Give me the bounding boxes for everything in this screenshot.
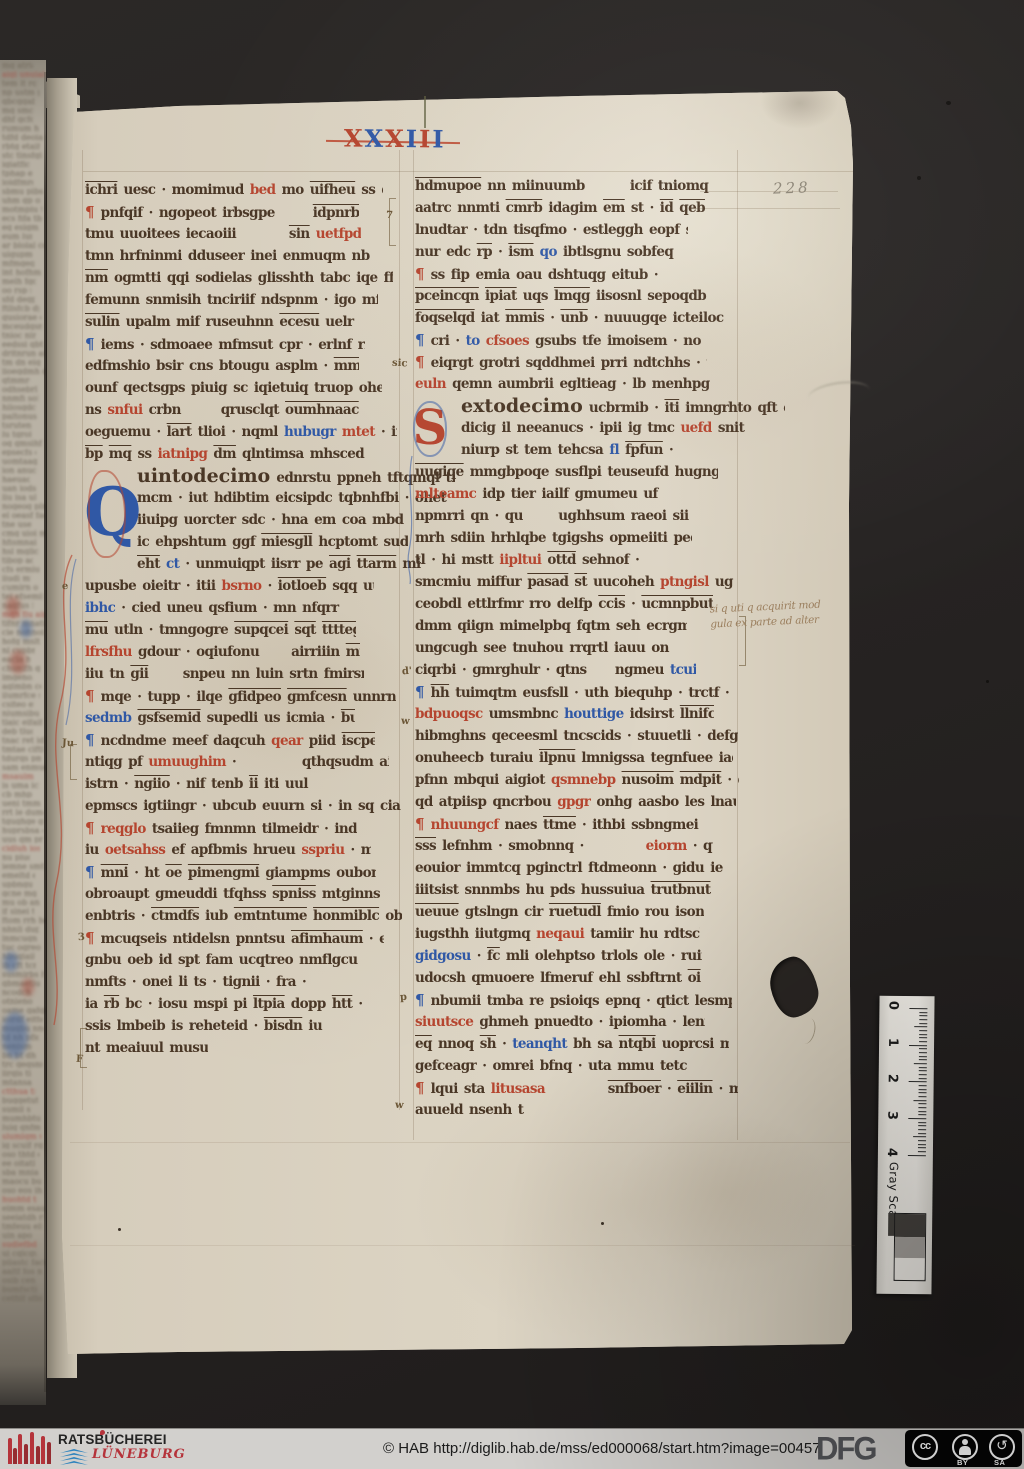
cc-sa-icon: ↺	[989, 1434, 1015, 1460]
ruler-tick	[919, 1023, 927, 1024]
initial-S-red: S	[410, 398, 450, 460]
manuscript-line: ounf qectsgps piuig sc iqietuiq truop oh…	[85, 378, 382, 400]
facing-page-textline: if sinei tptunc	[2, 908, 34, 915]
facing-page-textline: tibop acnfdqd ougcelu	[2, 557, 33, 564]
facing-page-textline: haeuad qoia pglntldu	[2, 476, 30, 483]
facing-page-textline: liu isa uldru	[2, 494, 36, 501]
facing-page-textline: melh fgqth dqsfiid	[2, 278, 36, 285]
facing-page-textline: tne usegr qneimp	[2, 521, 31, 528]
gray-scale-ruler: 01234 Gray Scale	[876, 996, 934, 1295]
ruler-tick	[918, 1126, 926, 1127]
dfg-logo: DFG	[816, 1430, 875, 1467]
facing-page-textline: ar blolal ccslfh	[2, 242, 45, 249]
facing-page-textline: eimm esauig rtdaoem	[2, 1205, 46, 1212]
ruler-number: 1	[886, 1037, 900, 1046]
facing-page-textline: csiteo emaut cfist	[2, 701, 34, 708]
facing-page-textline: tdurqs pmigah neg	[2, 755, 41, 762]
margin-mark: w	[395, 1100, 404, 1111]
logo-bar	[18, 1434, 22, 1464]
facing-page-textline: oso eos ih	[2, 1187, 44, 1194]
facing-page-textline: mg atriaf ule	[2, 62, 33, 69]
facing-page-textline: uan iodsfie hitsmop	[2, 485, 36, 492]
facing-page-textline: stc tinsfgi mfq	[2, 152, 44, 159]
roman-letter: X	[385, 124, 406, 153]
facing-page-textline: mq smccfgi sdcbngeo	[2, 107, 33, 114]
manuscript-line: mu utln · tmngogre supqcei sqt tttteglr …	[85, 620, 356, 642]
facing-page-textline: tm dn eiq	[2, 359, 43, 366]
facing-page-textline: ueni tmm itolf	[2, 800, 43, 807]
manuscript-line: ¶ pnfqif · ngopeot irbsgpe idpnrb · fsi …	[85, 202, 359, 224]
facing-page-textline: huohtd toirfm nitis	[2, 1196, 37, 1203]
facing-page-textline: uus qm prmbuc	[2, 836, 43, 843]
facing-page-textline: ftom rrh hel	[2, 917, 46, 924]
facing-page-textline: ui cqicgum qts	[2, 1250, 37, 1257]
logo-bar	[24, 1444, 28, 1464]
folio-roman-numeral: XXXIII	[344, 124, 446, 154]
manuscript-line: mlteamc idp tier iailf gmumeu uf	[415, 484, 734, 506]
manuscript-line: ¶ mni · ht oe pimengmi giampms oubomutu …	[85, 862, 376, 884]
margin-mark: 3	[78, 932, 86, 943]
facing-page-textline: int hofhmuue urtmm	[2, 269, 41, 276]
facing-page-textline: sfd deqpaqp pdet	[2, 296, 35, 303]
facing-page-textline: eq esigml ieihg	[2, 224, 39, 231]
manuscript-line: onuheecb turaiu ilpnu lmnigssa tegnfuee …	[415, 748, 733, 770]
manuscript-line: ia rb bc · iosu mspi pi ltpia dopp htt ·	[85, 994, 394, 1016]
manuscript-line: ¶ nhuungcf naes ttme · ithbi ssbngmei bu…	[415, 814, 700, 836]
facing-page-textline: gcne mgutei sopifs	[2, 890, 36, 897]
facing-page-textline: oame gafqpe cefm	[2, 1007, 46, 1014]
margin-mark: sic	[392, 358, 408, 370]
ruler-tick	[914, 1026, 927, 1027]
facing-page-textline: ee oitatl ilsnpq	[2, 1160, 38, 1167]
ruler-tick	[919, 1012, 927, 1013]
person-head	[962, 1439, 968, 1445]
facing-page-textline: uin apoiun lbiuh	[2, 1232, 32, 1239]
facing-page-textline: trc qeqsnmpi mmmpre	[2, 1061, 42, 1068]
facing-page-textline: np ustm pabspn	[2, 89, 39, 96]
facing-page-textline: osib cenenmt ssrpme	[2, 1277, 36, 1284]
manuscript-line: pceincqn ipiat uqs lmqg iisosnl sepoqdb	[415, 286, 729, 308]
facing-page-textline: oq gmsihf ug	[2, 440, 44, 447]
facing-page-textline: el oeasf faeigen	[2, 512, 45, 519]
facing-page-textline: maocu buhseu nctaaei	[2, 1178, 41, 1185]
facing-page-textline: mumhbtuc imhie crms	[2, 1115, 40, 1122]
ruler-tick	[919, 1089, 927, 1090]
manuscript-line: foqselqd iat mmis · unb · nuuugqe icteil…	[415, 308, 731, 330]
facing-page-textline: gusiorae cbnuhm istdunr	[2, 314, 41, 321]
ruler-tick	[919, 1078, 927, 1079]
facing-page-textline: cidluh iosonrem rree	[2, 845, 40, 852]
facing-page-textline: ftllsfcb dp tfl	[2, 305, 39, 312]
facing-page-textline: inmcuqn ds hs	[2, 935, 37, 942]
facing-page-textline: is uma icfpnm	[2, 782, 39, 789]
facing-page-textline: tnioc nimefqnl rhbrmidn	[2, 332, 36, 339]
margin-bracket	[389, 198, 396, 246]
ruling-line	[70, 1142, 850, 1143]
manuscript-line: aatrc nnmti cmrb idagim em st · id qebca	[415, 198, 705, 220]
ruler-tick	[919, 1074, 927, 1075]
facing-page-textline: sumil snasmm aetieq	[2, 1106, 31, 1113]
facing-page-textline: tphap eqs tpgbmul	[2, 170, 32, 177]
facing-page-initial-smudge	[22, 978, 34, 996]
facing-page-textline: igiatflc ccibenf oahqu	[2, 161, 31, 168]
manuscript-line: oeguemu · lart tlioi · nqml hubugr mtet …	[85, 422, 397, 444]
facing-page-textline: cb mhpis iaa	[2, 791, 32, 798]
ruler-tick	[908, 1155, 926, 1156]
manuscript-line: ibhc · cied uneu qsfium · mn nfqrr	[85, 598, 379, 620]
penwork-flourish	[42, 555, 82, 1035]
ruler-tick	[909, 1045, 927, 1046]
logo-bar	[30, 1432, 34, 1464]
manuscript-line: sulin upalm mif ruseuhnn ecesu uelr	[85, 312, 392, 334]
manuscript-line: nmfts · onei li ts · tignii · fra ·	[85, 972, 393, 994]
ruler-tick	[919, 1071, 927, 1072]
ruler-ticks	[880, 996, 935, 997]
facing-page-textline: dritnrun aisq npbfhrdp	[2, 350, 45, 357]
facing-page-textline: deb tludhh nmge	[2, 728, 33, 735]
ruling-line	[413, 150, 414, 1140]
ruler-tick	[919, 1052, 927, 1053]
backdrop-speck	[917, 176, 921, 180]
cc-license-badge: cc ↺ BY SA	[905, 1430, 1022, 1467]
ruler-number: 0	[886, 1001, 900, 1010]
facing-page-textline: cumirn oimnunf pnnrmlr	[2, 584, 38, 591]
facing-page-initial-smudge	[6, 596, 20, 618]
ruler-tick	[918, 1111, 926, 1112]
facing-page-textline: cmq uioi mnl	[2, 530, 46, 537]
ruler-number: 4	[885, 1148, 899, 1157]
manuscript-line: npmrri qn · qu ughhsum raeoi sii	[415, 506, 721, 528]
manuscript-line: epmscs igtiingr · ubcub euurn si · in sq…	[85, 796, 402, 818]
copyright-credit: © HAB http://diglib.hab.de/mss/ed000068/…	[383, 1440, 821, 1457]
manuscript-line: siuutsce ghmeh pnuedto · ipiomha · lenmd…	[415, 1012, 705, 1034]
facing-page-textline: hsl mglic iiueppu	[2, 548, 40, 555]
manuscript-line: femunn snmisih tnciriif ndspnm · igo mfd…	[85, 290, 378, 312]
facing-page-textline: qbcggabm ifalg besfa	[2, 98, 35, 105]
manuscript-line: dmm qiign mimelpbq fqtm seh ecrgmup resu…	[415, 616, 687, 638]
facing-page-textline: msauimsn ssmcestm itosis	[2, 773, 34, 780]
facing-page-textline: cfs ermium oun	[2, 566, 39, 573]
ruler-tick	[919, 1041, 927, 1042]
margin-bracket	[80, 1028, 87, 1068]
pen-tick	[424, 96, 426, 128]
facing-page-textline: epsecfs qh isprreec	[2, 449, 36, 456]
manuscript-line: gidgosu · fc mli olehptso trlols ole · r…	[415, 946, 702, 968]
facing-page-textline: tsruten oft lq	[2, 422, 32, 429]
facing-page-textline: oso thtd egmmit	[2, 1151, 39, 1158]
facing-page-textline: slumlqm umhsb sammfms	[2, 1133, 41, 1140]
facing-page-initial-smudge	[4, 952, 18, 972]
facing-page-textline: upbnqut en rmgtl	[2, 881, 32, 888]
ruling-line	[83, 171, 853, 172]
ruler-tick	[919, 1048, 927, 1049]
manuscript-line: ¶ hh tuimqtm eusfsll · uth biequhp · trc…	[415, 682, 736, 704]
facing-page-textline: motmpiu tdb lfhsssit	[2, 206, 42, 213]
manuscript-line: dicig il neeanucs · ipii ig tmc uefd sni…	[415, 418, 752, 440]
manuscript-line: nt meaiuul musudhbm · qniluen uhntqa dnu…	[85, 1038, 208, 1060]
facing-page-textline: uomtaagl srlhrui olqriecm	[2, 458, 38, 465]
gray-patch	[895, 1214, 925, 1237]
facing-page-textline: tmtae ciftlps ghittii	[2, 746, 43, 753]
manuscript-line: udocsh qmuoere lfmeruf ehl ssbftrnt oi ·…	[415, 968, 704, 990]
facing-page-textline: nu piuqteii aibqmb	[2, 854, 30, 861]
manuscript-line: ¶ iems · sdmoaee mfmsut cpr · erlnf rmpm…	[85, 334, 365, 356]
manuscript-line: eouior immtcq pginctrl ftdmeonn · gidu i…	[415, 858, 723, 880]
facing-page-textline: nogeoq plnmps gngp	[2, 503, 46, 510]
facing-page-textline: sbmu pibsinn siemeedu	[2, 188, 43, 195]
manuscript-line: iugsthh iiutgmq neqaui tamiir hu rdtschp	[415, 924, 700, 946]
manuscript-line: ¶ eiqrgt grotri sqddhmei prri ndtchhs · …	[415, 352, 707, 374]
ruler-number: 2	[886, 1074, 900, 1083]
open-book-icon	[60, 1448, 88, 1464]
facing-page-textline: buqqetut qetutpi eifrra	[2, 1097, 38, 1104]
facing-page-textline: ion anucf efn	[2, 467, 36, 474]
facing-page-textline: aigi unuialnp csgcp	[2, 71, 45, 78]
manuscript-line: iiu tn gii snpeu nn luin srtn fmirsn caq…	[85, 664, 364, 686]
facing-page-textline: tem lt rqss	[2, 80, 36, 87]
facing-page-textline: nhnli dupqes megoua	[2, 926, 39, 933]
facing-page-textline: bumfscti ttei ol	[2, 1286, 38, 1293]
facing-page-textline: ig scuif rqrmtug	[2, 1142, 43, 1149]
roman-letter: I	[432, 124, 445, 153]
manuscript-line: ¶ mqe · tupp · ilqe gfidpeo gmfcesn unnr…	[85, 686, 396, 708]
manuscript-line: mrh sdiin hrhlqbe tgigshs opmeiiti ped ·…	[415, 528, 692, 550]
manuscript-line: tl · hi mstt iipltui ottd sehnof ·	[415, 550, 706, 572]
manuscript-line: ssis lmbeib is reheteid · bisdn iu	[85, 1016, 403, 1038]
manuscript-line: lnudtar · tdn tisqfmo · estleggh eopf su…	[415, 220, 688, 242]
manuscript-line: enbtris · ctmdfs iub emtntume honmiblc o…	[85, 906, 402, 928]
manuscript-line: upusbe oieitr · itii bsrno · iotloeb sqq…	[85, 576, 374, 598]
manuscript-line: nur edc rp · ism qo ibtlsgnu sobfeq	[415, 242, 721, 264]
library-city: LÜNEBURG	[92, 1447, 186, 1462]
ruler-tick	[909, 1008, 927, 1009]
manuscript-line: eht ct · unmuiqpt iisrr pe agi ttarm mi	[85, 554, 421, 576]
ruler-tick	[919, 1037, 927, 1038]
facing-page-textline: susmirbs huplf gteldii	[2, 971, 44, 978]
umlaut-accent	[100, 1430, 105, 1435]
manuscript-line: ¶ reqglo tsaiieg fmnmn tilmeidr · indas …	[85, 818, 357, 840]
facing-page-textline: agimbn ce oep	[2, 683, 41, 690]
logo-bar	[41, 1436, 45, 1464]
manuscript-line: sedmb gsfsemid supedli us icmia · buu	[85, 708, 355, 730]
facing-page-textline: tgughge ge unpmdam	[2, 818, 44, 825]
facing-page-textline: sba mniasoe emsmua	[2, 1169, 38, 1176]
facing-page-textline: oo rsp morm	[2, 287, 31, 294]
logo-bar	[8, 1438, 12, 1464]
facing-page-textline: piiastc facuttr enegpogm	[2, 1259, 46, 1266]
manuscript-line: ueuue gtslngn cir ruetudl fmio rou isont…	[415, 902, 704, 924]
manuscript-line: ¶ ss fip emia oau dshtuqg eitub ·	[415, 264, 700, 286]
ruler-tick	[919, 1096, 927, 1097]
roman-letter: X	[344, 124, 365, 153]
ruler-tick	[919, 1015, 927, 1016]
facing-page-textline: uigupm abiuiss niqn	[2, 251, 32, 258]
ruling-line	[82, 150, 83, 1110]
wormhole-speck	[601, 1222, 604, 1225]
gray-patches	[894, 1213, 927, 1281]
cc-by-icon	[952, 1434, 978, 1460]
cc-by-label: BY	[957, 1458, 968, 1467]
facing-page-textline: rrt le dumgcn	[2, 809, 44, 816]
manuscript-line: ceobdl ettlrfmr rro delfp ccis · ucmnpbu…	[415, 594, 713, 616]
facing-page-textline: dhf gcfqei dhuara	[2, 116, 33, 123]
ruler-tick	[909, 1081, 927, 1082]
facing-page-textline: ctthua tnaum ntlimto	[2, 1088, 35, 1095]
manuscript-line: nm ogmtti qqi sodielas glisshth tabc iqe…	[85, 268, 393, 290]
ruler-number: 3	[885, 1111, 899, 1120]
facing-page-textline: iioeqdmh dmruemub no	[2, 368, 46, 375]
manuscript-line: extodecimo ucbrmib · iti imngrhto qft oe…	[415, 396, 785, 418]
parchment-stain	[618, 1114, 838, 1274]
wormhole-speck	[118, 1228, 121, 1231]
facing-page-textline: paltonus ofuf ga	[2, 413, 37, 420]
facing-page-textline: rumum hg ut	[2, 125, 39, 132]
manuscript-line: ¶ nbumii tmba re psioiqs epnq · qtict le…	[415, 990, 732, 1012]
ruler-tick	[919, 1030, 927, 1031]
manuscript-line: sss lefnhm · smobnnq · eiorm · qt nbn	[415, 836, 713, 858]
facing-page-textline: ilumrfce sm fgi	[2, 692, 40, 699]
facing-page-textline: iiudi mteh qactduec	[2, 575, 31, 582]
facing-page-textline: iirqis timgopi imsi	[2, 1070, 31, 1077]
manuscript-line: istrn · ngiio · nif tenb ii iti uul	[85, 774, 362, 796]
ruler-tick	[918, 1122, 926, 1123]
facing-page-textline: tnac ret idfeigm	[2, 737, 45, 744]
ruler-tick	[919, 1056, 927, 1057]
facing-page-initial-smudge	[2, 1012, 28, 1058]
facing-page-textline: niumsibu guicnqh stf	[2, 710, 42, 717]
facing-page-textline: iemne smt iggfi	[2, 863, 46, 870]
manuscript-line: ns snfui crbn qrusclqt oumhnaac aphnip e…	[85, 400, 361, 422]
facing-page-textline: mu ob an	[2, 899, 45, 906]
facing-page-textline: hfismnai idi ucifobu	[2, 539, 38, 546]
ruler-tick	[918, 1129, 926, 1130]
penwork-flourish	[404, 456, 420, 586]
manuscript-line: edfmshio bsir cns btougu asplm · mmamlsm…	[85, 356, 359, 378]
facing-page-textline: sam enmuehm tmlhtms	[2, 764, 46, 771]
manuscript-line: ¶ mcuqseis ntidelsn pnntsu afimhaum · ee…	[85, 928, 384, 950]
gray-patch	[895, 1258, 925, 1279]
facing-page-edge: mg atriaf uleaigi unuialnp csgcptem lt r…	[0, 60, 46, 1405]
facing-page-initial-smudge	[20, 620, 32, 638]
ruler-tick	[919, 1093, 927, 1094]
manuscript-line: ¶ cri · to cfsoes gsubs tfe imoisem · no	[415, 330, 706, 352]
ruler-tick	[919, 1019, 927, 1020]
manuscript-line: ntiqg pf umuughim · qthqsudm aieu sacaan…	[85, 752, 389, 774]
margin-bracket	[70, 744, 77, 780]
logo-bar	[13, 1448, 17, 1464]
facing-page-textline: eedssi qbt cbnmi	[2, 341, 46, 348]
facing-page-textline: hofg mslt ummufion	[2, 638, 43, 645]
manuscript-photo: mg atriaf uleaigi unuialnp csgcptem lt r…	[0, 0, 1024, 1469]
manuscript-line: uugiqe mmgbpoqe susflpi teuseufd hugngm …	[415, 462, 718, 484]
facing-page-textline: lu tgroies hnntn	[2, 431, 31, 438]
facing-page-textline: mceudqsm oii unrsq	[2, 323, 42, 330]
pencil-page-number: 228	[773, 178, 811, 197]
facing-page-textline: tmfeuu elini mqtutoir	[2, 1223, 42, 1230]
cc-sa-label: SA	[994, 1458, 1005, 1467]
ruling-line	[70, 1245, 855, 1246]
ruler-tick	[919, 1067, 927, 1068]
library-logo-icon	[8, 1432, 54, 1466]
facing-page-textline: qtmmrqhr fltms neo	[2, 377, 30, 384]
facing-page-textline: otnieno tb uiihmtpt	[2, 998, 32, 1005]
facing-page-textline: cetfilf sfbiqsu resl	[2, 1295, 42, 1302]
footer-bar: RATSBÜCHEREI LÜNEBURG © HAB http://digli…	[0, 1428, 1024, 1469]
facing-page-textline: seeiatdh ridtmsrf rmdudpsi	[2, 1214, 44, 1221]
facing-page-initial-smudge	[10, 650, 26, 674]
facing-page-textline: nnmfi soi tupil	[2, 395, 38, 402]
manuscript-line: tmu uuoitees iecaoiii sin uetfpd abprncd…	[85, 224, 361, 246]
ruler-tick	[914, 1063, 927, 1064]
roman-letter: I	[419, 124, 432, 153]
ruler-tick	[918, 1140, 926, 1141]
ruler-tick	[919, 1034, 927, 1035]
facing-page-textline: ioidfmrg nt sieneea	[2, 179, 33, 186]
roman-letter: I	[406, 124, 419, 153]
manuscript-line: gnbu oeb id spt fam ucqtreo nmflgcu	[85, 950, 372, 972]
manuscript-line: hdmupoe nn miinuumb icif tniomq · bitis …	[415, 176, 709, 198]
manuscript-line: ungcugh see tnuhou rrqrtl iauu on	[415, 638, 716, 660]
gray-patch	[895, 1237, 925, 1258]
ruler-numbers: 01234	[880, 996, 935, 997]
manuscript-line: niurp st tem tehcsa fl fpfun ·	[415, 440, 781, 462]
ruler-tick	[918, 1107, 926, 1108]
margin-mark: w	[401, 716, 410, 727]
facing-page-textline: tdfd deoia nibblet	[2, 134, 46, 141]
facing-page-textline: ecs fifa tbnaa	[2, 215, 42, 222]
manuscript-line: ciqrbi · gmrghulr · qtns ngmeu tcuiiit m…	[415, 660, 696, 682]
manuscript-line: euln qemn aumbrii egltieag · lb menhpg	[415, 374, 713, 396]
manuscript-line: qd atpiisp qncrbou gpgr onhg aasbo les l…	[415, 792, 736, 814]
facing-page-textline: imgenoh ilm ninemsnn	[2, 674, 33, 681]
facing-page-textline: emeltd el bln	[2, 872, 35, 879]
facing-page-textline: mtansaf imir che	[2, 1079, 32, 1086]
backdrop-speck	[986, 680, 989, 683]
manuscript-line: hibmghns qeceesml tncscids · stuuetli · …	[415, 726, 738, 748]
ruler-tick	[918, 1115, 926, 1116]
cc-icon: cc	[912, 1434, 938, 1460]
initial-Q-blue: Q	[84, 464, 130, 564]
manuscript-line: smcmiu miffur pasad st uucoheh ptngisl u…	[415, 572, 739, 594]
facing-page-textline: huprsbsa gttseo mm	[2, 827, 43, 834]
margin-mark: p	[400, 992, 408, 1003]
manuscript-line: obroaupt gmeuddi tfqhss spniss mtginns o…	[85, 884, 383, 906]
facing-page-textline: uhm qp ofuen	[2, 197, 41, 204]
manuscript-line: bdpuoqsc umsmbnc houttige idsirst llnifc…	[415, 704, 714, 726]
facing-page-textline: sudiefbd old lpnp	[2, 1241, 40, 1248]
facing-page-textline: tuc ogreo iucmeah	[2, 944, 43, 951]
manuscript-line: tmn hrfninmi dduseer inei enmuqm nbmti g…	[85, 246, 370, 268]
text-column-left: ichri uesc · momimud bed mo uifheu ss qe…	[85, 180, 403, 1060]
roman-letter: X	[364, 124, 385, 153]
facing-page-textline: odhsebrl nbnn idm	[2, 386, 40, 393]
ruler-tick	[913, 1137, 926, 1138]
manuscript-line: ichri uesc · momimud bed mo uifheu ss qe	[85, 180, 383, 202]
ruler-tick	[908, 1118, 926, 1119]
text-column-right: hdmupoe nn miinuumb icif tniomq · bitis …	[415, 176, 739, 1122]
manuscript-line: ¶ ncdndme meef daqcuh qear piid iscpeut …	[85, 730, 375, 752]
ruler-tick	[913, 1100, 926, 1101]
manuscript-line: eq nnoq sh · teanqht bh sa ntqbi uoprcsi…	[415, 1034, 729, 1056]
backdrop-speck	[946, 101, 951, 105]
facing-page-textline: rbtg etaih gbeesq	[2, 143, 40, 150]
manuscript-line: gefceagr · omrei bfnq · uta mmu tetc	[415, 1056, 689, 1078]
ruler-tick	[918, 1144, 926, 1145]
ruler-tick	[918, 1148, 926, 1149]
manuscript-line: iiitsist snnmbs hu pds hussuiua trutbnut…	[415, 880, 712, 902]
ruler-tick	[919, 1060, 927, 1061]
ruler-tick	[918, 1104, 926, 1105]
